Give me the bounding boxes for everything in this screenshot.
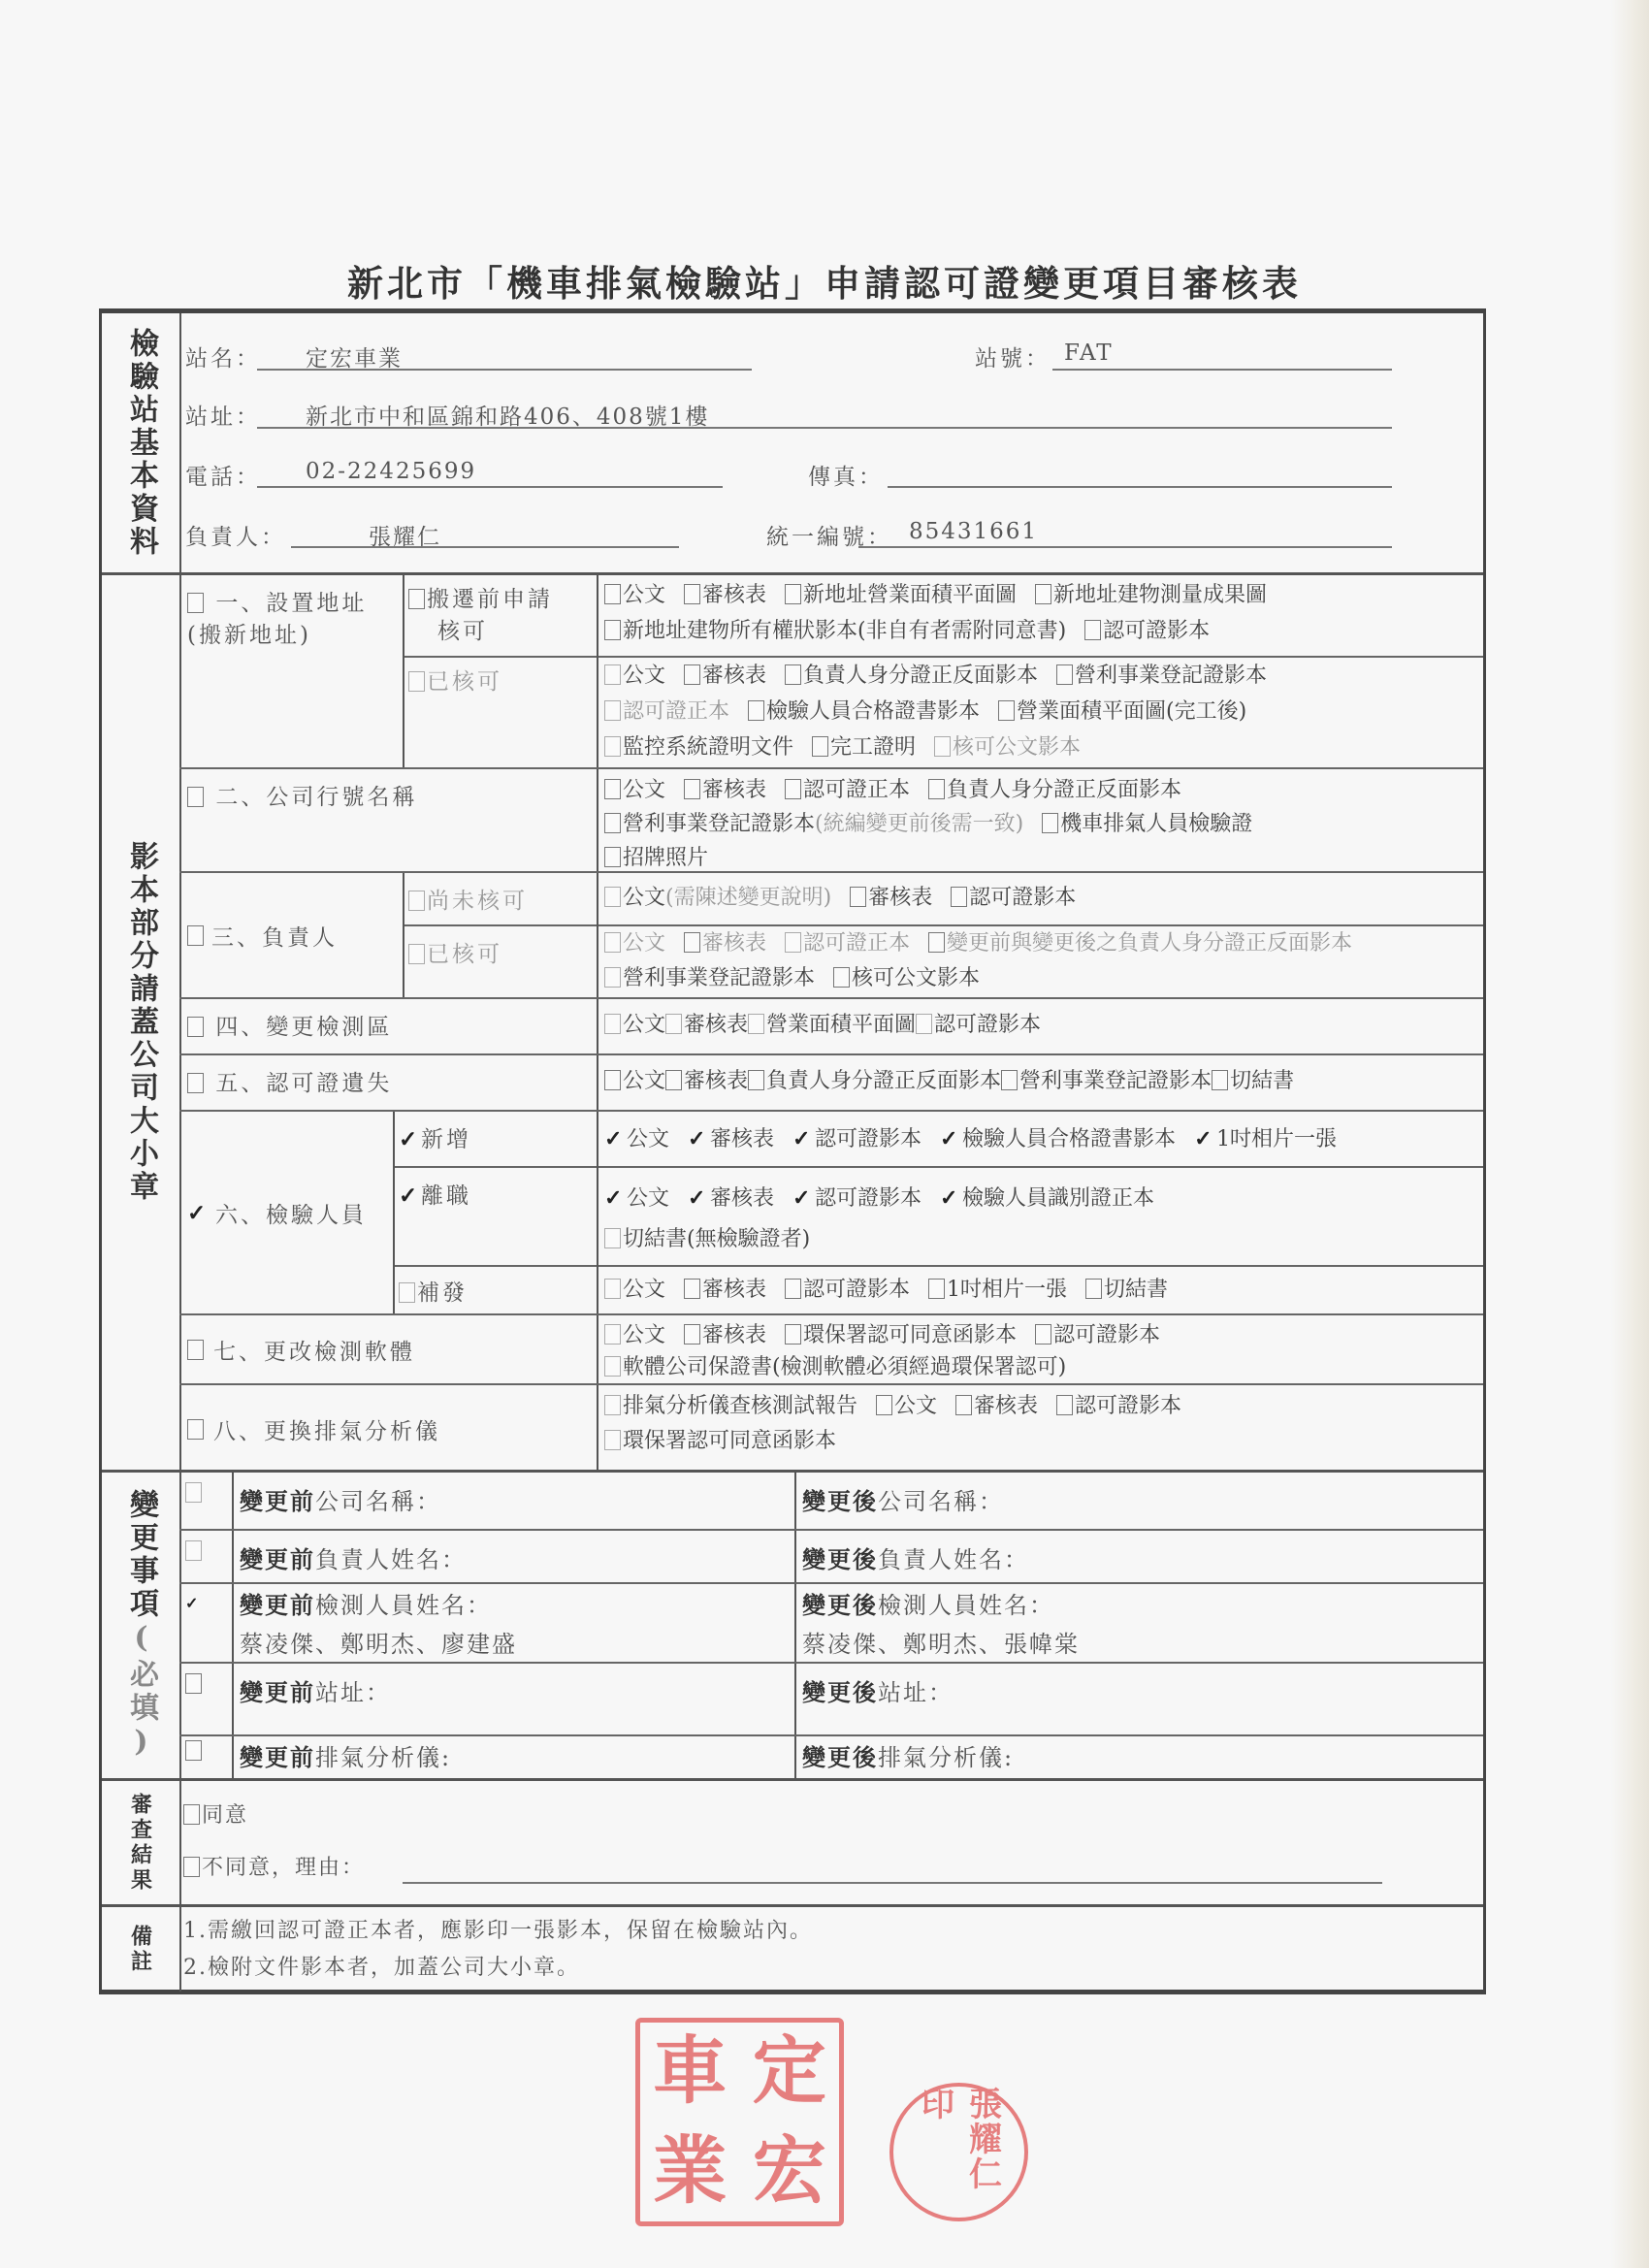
doc-checkbox[interactable] — [748, 1070, 764, 1090]
review-section: 審查結果 同意 不同意，理由： — [102, 1781, 1483, 1907]
review-form: 檢驗站基本資料 站名： 定宏車業 站號： FAT 站址： 新北市中和區錦和路40… — [99, 308, 1486, 1994]
doc-checkbox[interactable] — [604, 847, 621, 867]
item-7-label: 七、更改檢測軟體 — [213, 1334, 415, 1366]
field-label: 站址： — [315, 1679, 391, 1706]
note-2: 2.檢附文件影本者，加蓋公司大小章。 — [183, 1950, 1479, 1987]
doc-checkbox[interactable] — [604, 932, 621, 953]
notes-label: 備註 — [126, 1925, 156, 1975]
doc-checkbox[interactable] — [604, 1356, 621, 1377]
company-seal: 車 定 業 宏 — [635, 2018, 844, 2226]
doc-label: 認可證影本 — [803, 1278, 910, 1302]
doc-label: 認可證影本 — [1053, 1323, 1160, 1347]
doc-checkbox[interactable] — [934, 736, 951, 757]
disagree-checkbox[interactable] — [183, 1857, 200, 1877]
item-3-approved-docs: 公文 審核表 認可證正本 變更前與變更後之負責人身分證正反面影本 營利事業登記證… — [598, 926, 1483, 999]
page-edge-shadow — [1610, 0, 1649, 2268]
item-3-label: 三、負責人 — [211, 920, 338, 952]
doc-label: 公文 — [623, 664, 665, 688]
doc-label: 公文 — [623, 1278, 665, 1302]
doc-note: (統編變更前後需一致) — [815, 812, 1023, 836]
doc-label: 環保署認可同意函影本 — [623, 1429, 836, 1453]
doc-label: 營業面積平面圖 — [766, 1013, 916, 1037]
change-row-inspector-names: ✓ 變更前檢測人員姓名：蔡凌傑、鄭明杰、廖建盛 變更後檢測人員姓名：蔡凌傑、鄭明… — [179, 1584, 1483, 1664]
checkmark-icon[interactable]: ✓ — [792, 1178, 811, 1218]
doc-label: 審核表 — [684, 1013, 748, 1037]
doc-label: 審核表 — [702, 583, 766, 607]
change-checkbox[interactable] — [185, 1540, 202, 1561]
doc-label: 審核表 — [868, 886, 932, 910]
doc-checkbox[interactable] — [1001, 1070, 1018, 1090]
doc-label: 營業面積平面圖(完工後) — [1017, 699, 1246, 724]
doc-label: 監控系統證明文件 — [623, 735, 793, 760]
doc-checkbox[interactable] — [604, 700, 621, 721]
doc-checkbox[interactable] — [684, 1279, 700, 1299]
doc-checkbox[interactable] — [604, 1430, 621, 1450]
checkmark-icon[interactable]: ✓ — [792, 1121, 811, 1156]
field-label: 站址： — [878, 1679, 954, 1706]
field-label: 排氣分析儀: — [315, 1744, 451, 1771]
doc-label: 認可證正本 — [803, 778, 910, 802]
doc-label: 認可證影本 — [1075, 1394, 1181, 1418]
item-2-label: 二、公司行號名稱 — [215, 785, 417, 810]
disagree-option[interactable]: 不同意，理由： — [183, 1851, 365, 1881]
item-6-reissue-docs: 公文 審核表 認可證影本 1吋相片一張 切結書 — [598, 1267, 1483, 1315]
doc-checkbox[interactable] — [604, 1324, 621, 1345]
doc-checkbox[interactable] — [748, 1014, 764, 1034]
disagree-label: 不同意，理由： — [202, 1856, 365, 1880]
doc-checkbox[interactable] — [604, 1228, 621, 1248]
owner-label: 負責人： — [185, 519, 286, 551]
doc-checkbox[interactable] — [928, 779, 945, 799]
item-4-label: 四、變更檢測區 — [215, 1015, 392, 1040]
doc-checkbox[interactable] — [604, 584, 621, 604]
after-prefix: 變更後 — [802, 1743, 878, 1771]
item-6-label: 六、檢驗人員 — [215, 1197, 367, 1229]
item-6-inspector-row: ✓ 六、檢驗人員 ✓新增 ✓離職 補發 ✓公文 — [179, 1112, 1483, 1315]
item-5-lost-license-row: 五、認可證遺失 公文審核表負責人身分證正反面影本營利事業登記證影本切結書 — [179, 1055, 1483, 1112]
doc-checkbox[interactable] — [665, 1070, 682, 1090]
sub-label: 離職 — [421, 1183, 471, 1209]
doc-checkbox[interactable] — [812, 736, 828, 757]
item-4-checkbox[interactable] — [187, 1017, 204, 1037]
doc-checkbox[interactable] — [604, 1070, 621, 1090]
checkmark-icon[interactable]: ✓ — [399, 1183, 417, 1209]
sub-label: 新增 — [421, 1127, 471, 1152]
before-prefix: 變更前 — [240, 1678, 315, 1706]
station-name-label: 站名： — [185, 340, 261, 373]
doc-checkbox[interactable] — [1035, 1324, 1051, 1345]
doc-label: 檢驗人員合格證書影本 — [962, 1127, 1176, 1151]
change-row-analyzer: 變更前排氣分析儀: 變更後排氣分析儀: — [179, 1736, 1483, 1781]
doc-checkbox[interactable] — [604, 1014, 621, 1034]
doc-checkbox[interactable] — [876, 1395, 892, 1415]
checkmark-icon[interactable]: ✓ — [185, 1594, 204, 1612]
item-6-sub-add: ✓新增 — [395, 1112, 597, 1168]
doc-label: 審核表 — [974, 1394, 1038, 1418]
item-1-sublabel: (搬新地址) — [187, 623, 311, 648]
doc-label: 審核表 — [702, 1323, 766, 1347]
item-8-analyzer-row: 八、更換排氣分析儀 排氣分析儀查核測試報告 公文 審核表 認可證影本 環保署認可… — [179, 1385, 1483, 1473]
doc-label: 負責人身分證正反面影本 — [803, 664, 1038, 688]
field-label: 負責人姓名： — [878, 1546, 1029, 1573]
item-3-sub-approved: 已核可 — [404, 926, 597, 999]
item-1-before-docs: 公文 審核表 新地址營業面積平面圖 新地址建物測量成果圖 新地址建物所有權狀影本… — [598, 575, 1483, 658]
change-checkbox[interactable] — [185, 1482, 202, 1503]
change-row-company-name: 變更前公司名稱： 變更後公司名稱： — [179, 1473, 1483, 1531]
doc-checkbox[interactable] — [604, 967, 621, 988]
doc-checkbox[interactable] — [684, 664, 700, 685]
doc-checkbox[interactable] — [916, 1014, 932, 1034]
item-6-sub-reissue: 補發 — [395, 1267, 597, 1315]
item-1-sub-approved-checkbox[interactable] — [408, 671, 425, 692]
checkmark-icon[interactable]: ✓ — [940, 1178, 958, 1218]
doc-checkbox[interactable] — [850, 887, 866, 907]
doc-label: 審核表 — [702, 1278, 766, 1302]
doc-checkbox[interactable] — [604, 1395, 621, 1415]
doc-label: 公文 — [623, 583, 665, 607]
station-no-label: 站號： — [975, 340, 1051, 373]
change-checkbox[interactable] — [185, 1673, 202, 1694]
doc-label: 檢驗人員合格證書影本 — [766, 699, 980, 724]
doc-label: 檢驗人員識別證正本 — [962, 1186, 1154, 1211]
doc-label: 排氣分析儀查核測試報告 — [623, 1394, 857, 1418]
sub-label: 已核可 — [427, 942, 502, 967]
doc-label: 完工證明 — [830, 735, 916, 760]
checkmark-icon[interactable]: ✓ — [399, 1126, 417, 1152]
doc-checkbox[interactable] — [785, 1324, 801, 1345]
before-prefix: 變更前 — [240, 1743, 315, 1771]
item-1-sub-before: 搬遷前申請 核可 — [404, 575, 597, 658]
doc-checkbox[interactable] — [1084, 620, 1101, 640]
doc-label: 營利事業登記證影本 — [623, 812, 815, 836]
basic-info-label: 檢驗站基本資料 — [119, 328, 162, 559]
item-2-company-name-row: 二、公司行號名稱 公文 審核表 認可證正本 負責人身分證正反面影本 營利事業登記… — [179, 769, 1483, 873]
doc-label: 認可證影本 — [969, 886, 1076, 910]
seal-char: 車 — [640, 2023, 740, 2122]
sub-checkbox[interactable] — [399, 1282, 415, 1303]
item-1-address-row: 一、設置地址 (搬新地址) 搬遷前申請 核可 已核可 公文 審核表 — [179, 575, 1483, 769]
doc-checkbox[interactable] — [1085, 1279, 1102, 1299]
doc-checkbox[interactable] — [1212, 1070, 1228, 1090]
doc-label: 審核表 — [710, 1186, 774, 1211]
doc-label: 切結書 — [1104, 1278, 1168, 1302]
reason-input-line[interactable] — [403, 1882, 1382, 1884]
changes-label: 變更事項 — [119, 1489, 162, 1621]
doc-checkbox[interactable] — [928, 932, 945, 953]
doc-label: 機車排氣人員檢驗證 — [1060, 812, 1252, 836]
seal-char: 宏 — [740, 2122, 840, 2222]
form-title: 新北市「機車排氣檢驗站」申請認可證變更項目審核表 — [0, 254, 1649, 307]
doc-checkbox[interactable] — [604, 620, 621, 640]
doc-checkbox[interactable] — [665, 1014, 682, 1034]
doc-checkbox[interactable] — [785, 1279, 801, 1299]
seal-char: 業 — [640, 2122, 740, 2222]
after-prefix: 變更後 — [802, 1678, 878, 1706]
phone-value[interactable]: 02-22425699 — [306, 459, 476, 484]
changes-section: 變更事項 (必填) 變更前公司名稱： 變更後公司名稱： 變更前負責人姓名： 變更… — [102, 1473, 1483, 1781]
doc-checkbox[interactable] — [604, 887, 621, 907]
review-label: 審查結果 — [126, 1793, 156, 1894]
doc-label: 公文 — [623, 1013, 665, 1037]
doc-label: 審核表 — [710, 1127, 774, 1151]
doc-checkbox[interactable] — [1035, 584, 1051, 604]
change-checkbox[interactable] — [185, 1740, 202, 1761]
doc-label: 公文 — [623, 1323, 665, 1347]
field-label: 檢測人員姓名： — [315, 1592, 492, 1619]
sub-label: 搬遷前申請 — [427, 587, 553, 612]
copies-label: 影本部分請蓋公司大小章 — [119, 841, 162, 1204]
item-6-sub-resign: ✓離職 — [395, 1168, 597, 1267]
doc-checkbox[interactable] — [785, 932, 801, 953]
doc-label: 核可公文影本 — [852, 966, 980, 990]
doc-label: 公文 — [623, 1069, 665, 1093]
before-inspector-names[interactable]: 蔡凌傑、鄭明杰、廖建盛 — [240, 1631, 517, 1658]
doc-label: 認可證影本 — [934, 1013, 1041, 1037]
doc-label: 營利事業登記證影本 — [623, 966, 815, 990]
sub-label-2: 核可 — [408, 619, 488, 644]
after-prefix: 變更後 — [802, 1487, 878, 1515]
item-6-checkmark-icon[interactable]: ✓ — [187, 1200, 206, 1226]
fax-label: 傳真： — [808, 459, 884, 491]
doc-checkbox[interactable] — [998, 700, 1015, 721]
doc-label: 1吋相片一張 — [1216, 1127, 1337, 1151]
after-inspector-names[interactable]: 蔡凌傑、鄭明杰、張幃棠 — [802, 1631, 1080, 1658]
item-8-label: 八、更換排氣分析儀 — [213, 1413, 440, 1445]
phone-label: 電話： — [185, 459, 261, 491]
doc-checkbox[interactable] — [1056, 664, 1073, 685]
basic-info-section: 檢驗站基本資料 站名： 定宏車業 站號： FAT 站址： 新北市中和區錦和路40… — [102, 313, 1483, 575]
doc-checkbox[interactable] — [1042, 813, 1058, 833]
doc-label: 公文 — [627, 1127, 669, 1151]
doc-label: 軟體公司保證書(檢測軟體必須經過環保署認可) — [623, 1355, 1066, 1379]
doc-label: 負責人身分證正反面影本 — [766, 1069, 1001, 1093]
change-row-owner-name: 變更前負責人姓名： 變更後負責人姓名： — [179, 1531, 1483, 1584]
checkmark-icon[interactable]: ✓ — [604, 1121, 623, 1156]
after-prefix: 變更後 — [802, 1591, 878, 1619]
doc-label: 公文 — [627, 1186, 669, 1211]
checkmark-icon[interactable]: ✓ — [604, 1178, 623, 1218]
doc-label: 審核表 — [702, 931, 766, 956]
item-8-checkbox[interactable] — [187, 1419, 204, 1440]
sub-checkbox[interactable] — [408, 944, 425, 964]
doc-checkbox[interactable] — [604, 779, 621, 799]
doc-label: 認可證影本 — [1103, 619, 1210, 643]
field-label: 負責人姓名： — [315, 1546, 467, 1573]
doc-label: 負責人身分證正反面影本 — [947, 778, 1181, 802]
seal-char: 定 — [740, 2023, 840, 2122]
doc-checkbox[interactable] — [748, 700, 764, 721]
item-1-label: 一、設置地址 — [215, 591, 367, 616]
after-prefix: 變更後 — [802, 1545, 878, 1573]
doc-label: 營利事業登記證影本 — [1019, 1069, 1212, 1093]
doc-checkbox[interactable] — [684, 779, 700, 799]
doc-label: 變更前與變更後之負責人身分證正反面影本 — [947, 931, 1352, 956]
item-7-checkbox[interactable] — [187, 1340, 204, 1360]
item-3-pending-docs: 公文(需陳述變更說明) 審核表 認可證影本 — [598, 873, 1483, 926]
checkmark-icon[interactable]: ✓ — [688, 1178, 706, 1218]
doc-label: 公文 — [623, 931, 665, 956]
item-6-add-docs: ✓公文 ✓審核表 ✓認可證影本 ✓檢驗人員合格證書影本 ✓1吋相片一張 — [598, 1112, 1483, 1168]
item-1-sub-before-checkbox[interactable] — [408, 589, 425, 609]
doc-checkbox[interactable] — [604, 813, 621, 833]
doc-note: (需陳述變更說明) — [665, 886, 831, 910]
doc-checkbox[interactable] — [785, 664, 801, 685]
tax-id-value[interactable]: 85431661 — [909, 519, 1038, 544]
doc-label: 認可證影本 — [815, 1127, 921, 1151]
note-1: 1.需繳回認可證正本者，應影印一張影本，保留在檢驗站內。 — [183, 1913, 1479, 1950]
doc-checkbox[interactable] — [785, 584, 801, 604]
item-1-checkbox[interactable] — [187, 593, 204, 613]
item-2-checkbox[interactable] — [187, 787, 204, 807]
copies-section: 影本部分請蓋公司大小章 一、設置地址 (搬新地址) 搬遷前申請 核可 已核可 — [102, 575, 1483, 1473]
doc-checkbox[interactable] — [955, 1395, 972, 1415]
item-1-approved-docs: 公文 審核表 負責人身分證正反面影本 營利事業登記證影本 認可證正本 檢驗人員合… — [598, 658, 1483, 769]
doc-label: 審核表 — [702, 778, 766, 802]
doc-checkbox[interactable] — [604, 664, 621, 685]
checkmark-icon[interactable]: ✓ — [688, 1121, 706, 1156]
item-7-software-row: 七、更改檢測軟體 公文 審核表 環保署認可同意函影本 認可證影本 軟體公司保證書… — [179, 1315, 1483, 1385]
field-label: 公司名稱： — [878, 1488, 1004, 1515]
doc-checkbox[interactable] — [951, 887, 967, 907]
item-4-test-area-row: 四、變更檢測區 公文審核表營業面積平面圖認可證影本 — [179, 999, 1483, 1055]
item-5-checkbox[interactable] — [187, 1073, 204, 1093]
doc-label: 環保署認可同意函影本 — [803, 1323, 1017, 1347]
doc-label: 新地址建物所有權狀影本(非自有者需附同意書) — [623, 619, 1066, 643]
item-6-resign-docs: ✓公文 ✓審核表 ✓認可證影本 ✓檢驗人員識別證正本 切結書(無檢驗證者) — [598, 1168, 1483, 1267]
doc-label: 審核表 — [684, 1069, 748, 1093]
before-prefix: 變更前 — [240, 1545, 315, 1573]
doc-label: 公文 — [623, 886, 665, 910]
doc-label: 營利事業登記證影本 — [1075, 664, 1267, 688]
checkmark-icon[interactable]: ✓ — [940, 1121, 958, 1156]
doc-label: 認可證正本 — [803, 931, 910, 956]
doc-label: 公文 — [894, 1394, 937, 1418]
changes-required-note: (必填) — [119, 1621, 162, 1763]
doc-label: 新地址營業面積平面圖 — [803, 583, 1017, 607]
personal-seal: 張耀仁印 — [889, 2083, 1028, 2221]
doc-label: 1吋相片一張 — [947, 1278, 1067, 1302]
address-label: 站址： — [185, 399, 261, 431]
doc-checkbox[interactable] — [1056, 1395, 1073, 1415]
agree-option[interactable]: 同意 — [183, 1798, 248, 1829]
doc-checkbox[interactable] — [928, 1279, 945, 1299]
doc-label: 新地址建物測量成果圖 — [1053, 583, 1267, 607]
doc-label: 審核表 — [702, 664, 766, 688]
doc-checkbox[interactable] — [833, 967, 850, 988]
field-label: 排氣分析儀: — [878, 1744, 1014, 1771]
doc-checkbox[interactable] — [684, 1324, 700, 1345]
item-3-checkbox[interactable] — [187, 925, 204, 946]
doc-label: 認可證正本 — [623, 699, 729, 724]
doc-checkbox[interactable] — [604, 1279, 621, 1299]
notes-section: 備註 1.需繳回認可證正本者，應影印一張影本，保留在檢驗站內。 2.檢附文件影本… — [102, 1907, 1483, 1992]
before-prefix: 變更前 — [240, 1487, 315, 1515]
doc-checkbox[interactable] — [604, 736, 621, 757]
field-label: 公司名稱： — [315, 1488, 441, 1515]
agree-checkbox[interactable] — [183, 1804, 200, 1825]
station-no-value[interactable]: FAT — [1064, 340, 1114, 366]
sub-label: 已核可 — [427, 669, 502, 695]
sub-label: 尚未核可 — [427, 889, 528, 914]
sub-label: 補發 — [417, 1280, 468, 1306]
checkmark-icon[interactable]: ✓ — [1194, 1121, 1212, 1156]
doc-label: 認可證影本 — [815, 1186, 921, 1211]
item-1-sub-approved: 已核可 — [404, 658, 597, 769]
agree-label: 同意 — [202, 1803, 248, 1828]
item-3-sub-pending: 尚未核可 — [404, 873, 597, 926]
before-prefix: 變更前 — [240, 1591, 315, 1619]
doc-checkbox[interactable] — [785, 779, 801, 799]
change-row-address: 變更前站址： 變更後站址： — [179, 1664, 1483, 1736]
item-5-label: 五、認可證遺失 — [215, 1071, 392, 1096]
doc-label: 公文 — [623, 778, 665, 802]
doc-label: 切結書(無檢驗證者) — [623, 1227, 810, 1251]
field-label: 檢測人員姓名： — [878, 1592, 1054, 1619]
doc-label: 切結書 — [1230, 1069, 1294, 1093]
doc-checkbox[interactable] — [684, 584, 700, 604]
sub-checkbox[interactable] — [408, 891, 425, 911]
doc-label: 核可公文影本 — [953, 735, 1081, 760]
item-3-owner-row: 三、負責人 尚未核可 已核可 公文(需陳述變更說明) 審核表 認可證影本 — [179, 873, 1483, 999]
doc-checkbox[interactable] — [684, 932, 700, 953]
doc-label: 招牌照片 — [623, 846, 708, 870]
